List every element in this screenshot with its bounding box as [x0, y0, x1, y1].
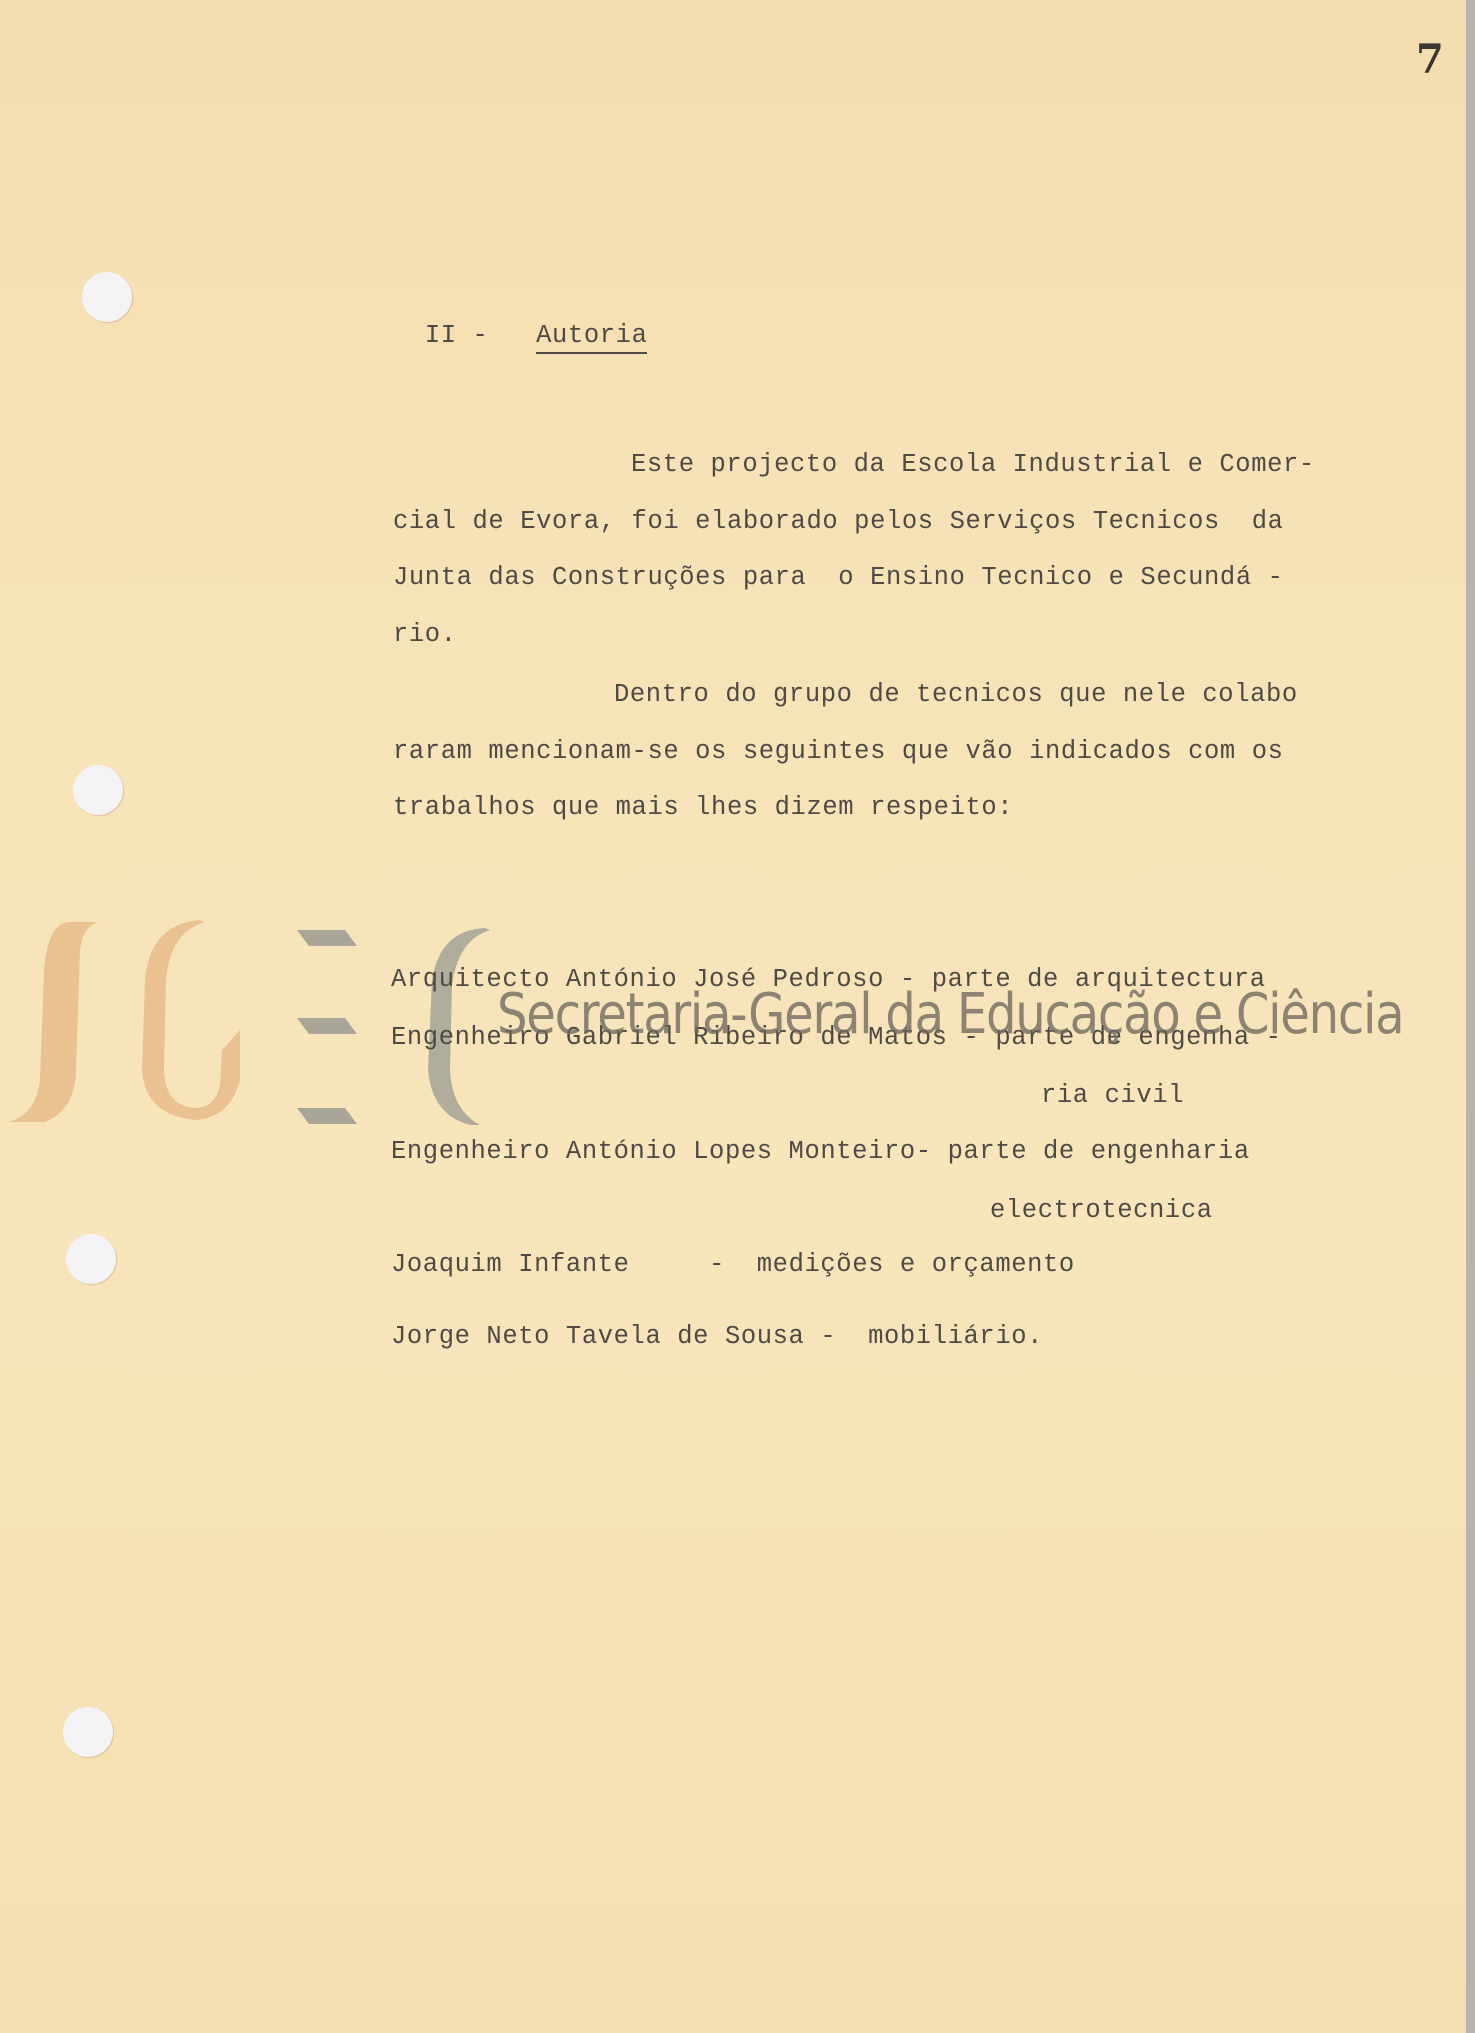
section-numeral: II -: [425, 321, 489, 350]
collaborator-role: mobiliário.: [868, 1322, 1043, 1351]
paragraph-line: cial de Evora, foi elaborado pelos Servi…: [393, 507, 1284, 536]
collaborator-name: Joaquim Infante: [391, 1250, 630, 1279]
paragraph-line: trabalhos que mais lhes dizem respeito:: [393, 793, 1013, 822]
watermark-text: Secretaria-Geral da Educação e Ciência: [497, 982, 1403, 1047]
section-title: Autoria: [536, 321, 647, 354]
page-number: 7: [1416, 36, 1444, 83]
punch-hole: [66, 1234, 116, 1284]
collaborator-name: Engenheiro António Lopes Monteiro-: [391, 1137, 932, 1166]
collaborator-role-cont: ria civil: [1041, 1081, 1184, 1110]
section-heading: II - Autoria: [393, 292, 647, 350]
separator: -: [709, 1250, 725, 1279]
separator: -: [820, 1322, 836, 1351]
collaborator-row: Joaquim Infante - medições e orçamento: [391, 1250, 1075, 1279]
collaborator-row: Engenheiro António Lopes Monteiro- parte…: [391, 1137, 1250, 1166]
collaborator-role: parte de engenharia: [948, 1137, 1250, 1166]
punch-hole: [73, 765, 123, 815]
punch-hole: [63, 1707, 113, 1757]
scan-edge: [1466, 0, 1475, 2033]
collaborator-row: Jorge Neto Tavela de Sousa - mobiliário.: [391, 1322, 1043, 1351]
sgec-logo-watermark: [0, 910, 500, 1125]
paragraph-line: Dentro do grupo de tecnicos que nele col…: [614, 680, 1298, 709]
collaborator-role: medições e orçamento: [757, 1250, 1075, 1279]
paragraph-line: Este projecto da Escola Industrial e Com…: [631, 450, 1315, 479]
paragraph-line: rio.: [393, 620, 457, 649]
punch-hole: [82, 272, 132, 322]
paragraph-line: raram mencionam-se os seguintes que vão …: [393, 737, 1284, 766]
collaborator-role-cont: electrotecnica: [990, 1196, 1213, 1225]
collaborator-name: Jorge Neto Tavela de Sousa: [391, 1322, 804, 1351]
paragraph-line: Junta das Construções para o Ensino Tecn…: [393, 563, 1284, 592]
